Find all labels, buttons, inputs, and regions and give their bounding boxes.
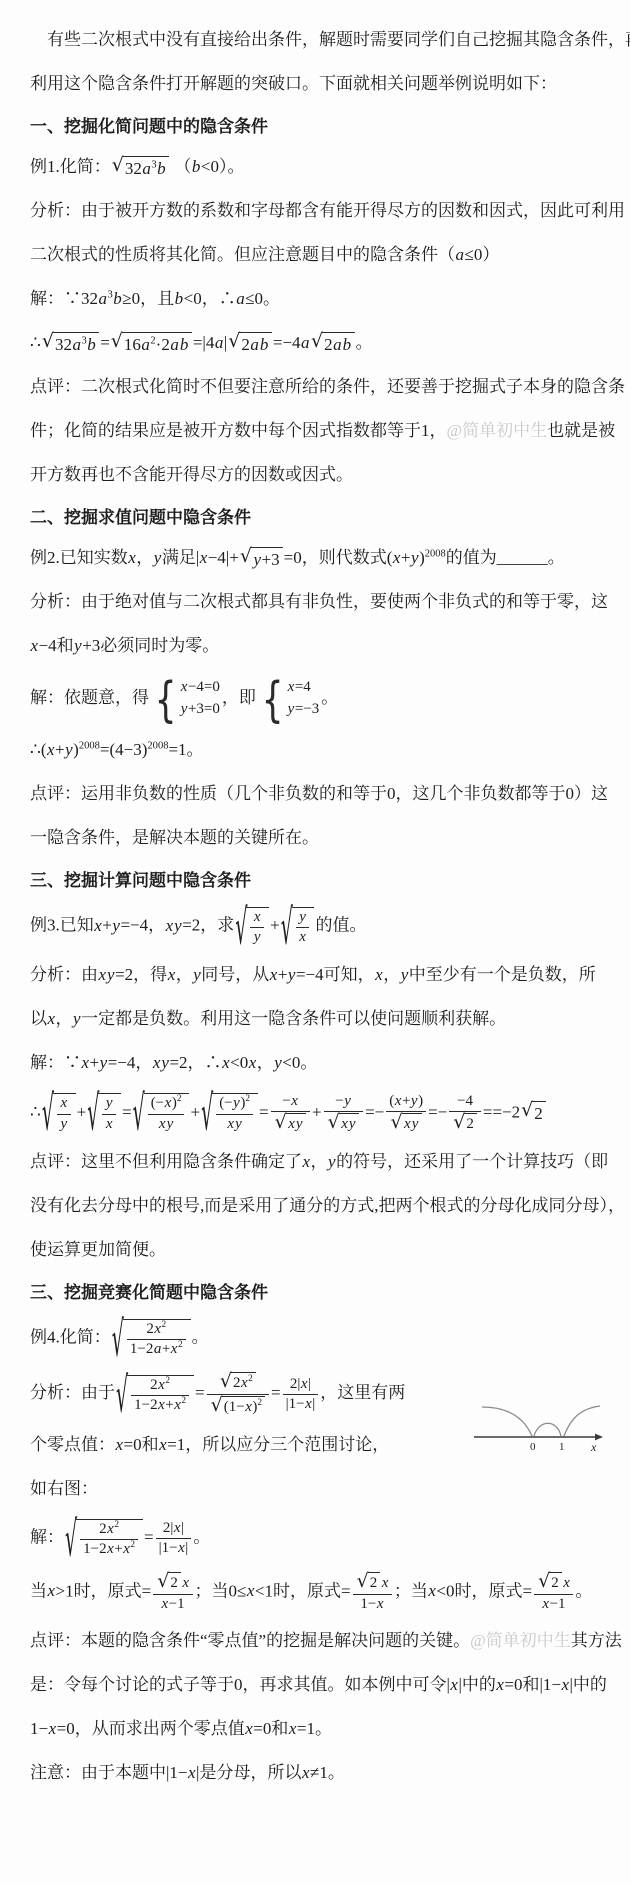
example2-analysis-1: 分析：由于绝对值与二次根式都具有非负性，要使两个非负式的和等于零，这: [30, 588, 602, 615]
example1-comment-1: 点评：二次根式化简时不但要注意所给的条件，还要善于挖掘式子本身的隐含条: [30, 373, 602, 400]
axis-label: x: [590, 1440, 597, 1454]
example4-note: 注意：由于本题中|1−x|是分母，所以x≠1。: [30, 1759, 602, 1786]
example1-solution: 解：∵32a3b≥0，且b<0，∴a≤0。: [30, 285, 602, 312]
example3-comment-1: 点评：这里不但利用隐含条件确定了x，y的符号，还采用了一个计算技巧（即: [30, 1148, 602, 1175]
zero-point-text: 个零点值：x=0和x=1，所以应分三个范围讨论，: [30, 1435, 389, 1454]
example3-solution-formula: ∴√xy+√yx=√(−x)2xy+√(−y)2xy=−x√xy+−y√xy=−…: [30, 1093, 602, 1134]
example1-comment-3: 开方数再也不含能开得尽方的因数或因式。: [30, 461, 602, 488]
example2-analysis-2: x−4和y+3必须同时为零。: [30, 632, 602, 659]
example2-comment-2: 一隐含条件，是解决本题的关键所在。: [30, 824, 602, 851]
example4-case-results: 当x>1时，原式=√2xx−1；当0≤x<1时，原式=√2x1−x；当x<0时，…: [30, 1572, 602, 1613]
watermark: @简单初中生: [470, 1631, 571, 1650]
section3-heading: 三、挖掘计算问题中隐含条件: [30, 868, 602, 895]
example3-solution-conditions: 解：∵x+y=−4，xy=2，∴x<0x，y<0。: [30, 1049, 602, 1076]
number-line-figure: 0 1 x: [472, 1397, 606, 1455]
example1-analysis-1: 分析：由于被开方数的系数和字母都含有能开得尽方的因数和因式，因此可利用: [30, 197, 602, 224]
example2-solution-system: 解：依题意，得{x−4=0y+3=0，即{x=4y=−3。: [30, 676, 602, 722]
example4-problem: 例4.化简：√2x21−2a+x2。: [30, 1319, 602, 1359]
example2-solution-result: ∴(x+y)2008=(4−3)2008=1。: [30, 736, 602, 763]
range-arc-right: [564, 1406, 600, 1436]
example2-problem: 例2.已知实数x，y满足|x−4|+√y+3=0，则代数式(x+y)2008的值…: [30, 544, 602, 571]
example4-comment-2: 是：令每个讨论的式子等于0，再求其值。如本例中可令|x|中的x=0和|1−x|中…: [30, 1671, 602, 1698]
section2-heading: 二、挖掘求值问题中隐含条件: [30, 505, 602, 532]
section4-heading: 三、挖掘竞赛化简题中隐含条件: [30, 1280, 602, 1307]
example1-problem: 例1.化简：√32a3b （b<0）。: [30, 153, 602, 180]
example3-comment-2: 没有化去分母中的根号,而是采用了通分的方式,把两个根式的分母化成同分母），: [30, 1192, 602, 1219]
range-arc-middle: [534, 1423, 561, 1436]
example1-comment-2: 件；化简的结果应是被开方数中每个因式指数都等于1，@简单初中生也就是被: [30, 417, 602, 444]
range-arc-left: [482, 1407, 532, 1436]
intro-line-2: 利用这个隐含条件打开解题的突破口。下面就相关问题举例说明如下：: [30, 70, 602, 97]
example3-problem: 例3.已知x+y=−4，xy=2，求√xy+√yx的值。: [30, 907, 602, 947]
tick-1: 1: [559, 1441, 565, 1453]
example4-solution-formula: 解：√2x21−2x+x2=2|x||1−x|。: [30, 1519, 602, 1559]
document-page: 有些二次根式中没有直接给出条件，解题时需要同学们自己挖掘其隐含条件，再 利用这个…: [0, 0, 630, 1786]
example4-comment-3: 1−x=0，从而求出两个零点值x=0和x=1。: [30, 1715, 602, 1742]
intro-line-1: 有些二次根式中没有直接给出条件，解题时需要同学们自己挖掘其隐含条件，再: [30, 26, 602, 53]
example3-analysis-2: 以x，y一定都是负数。利用这一隐含条件可以使问题顺利获解。: [30, 1005, 602, 1032]
example1-analysis-2: 二次根式的性质将其化简。但应注意题目中的隐含条件（a≤0）: [30, 241, 602, 268]
tick-0: 0: [530, 1441, 536, 1453]
example2-comment-1: 点评：运用非负数的性质（几个非负数的和等于0，这几个非负数都等于0）这: [30, 780, 602, 807]
section1-heading: 一、挖掘化简问题中的隐含条件: [30, 114, 602, 141]
example4-see-figure: 如右图：: [30, 1475, 602, 1502]
example4-analysis-zeros: 个零点值：x=0和x=1，所以应分三个范围讨论， 0 1 x: [30, 1431, 602, 1458]
example1-solution-formula: ∴√32a3b=√16a2·2ab=|4a|√2ab=−4a√2ab。: [30, 329, 602, 356]
example3-analysis-1: 分析：由xy=2，得x，y同号，从x+y=−4可知，x，y中至少有一个是负数，所: [30, 961, 602, 988]
example3-comment-3: 使运算更加简便。: [30, 1236, 602, 1263]
watermark: @简单初中生: [447, 421, 548, 440]
example4-comment-1: 点评：本题的隐含条件“零点值”的挖掘是解决问题的关键。@简单初中生其方法: [30, 1627, 602, 1654]
